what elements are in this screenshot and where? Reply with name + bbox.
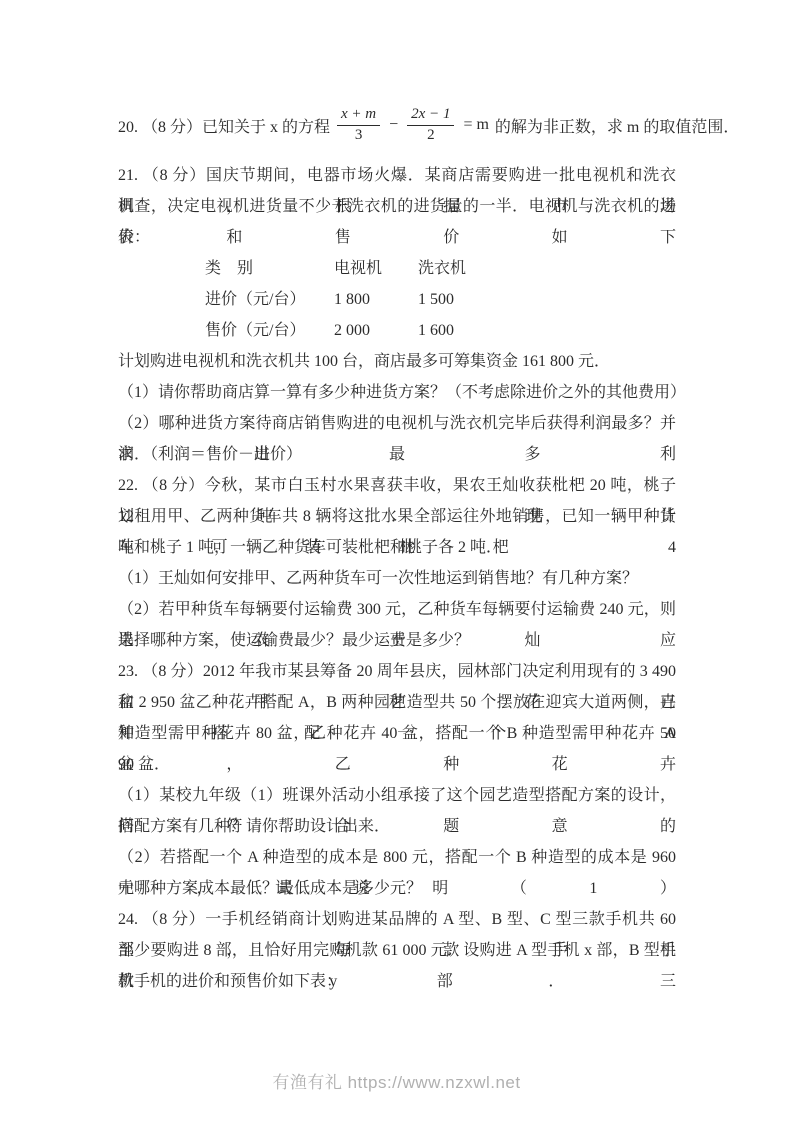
table-cell-purchase-washer: 1 500: [418, 284, 454, 315]
q21-sub1: （1）请你帮助商店算一算有多少种进货方案？（不考虑除进价之外的其他费用）: [118, 377, 676, 408]
q24-line-2: 至少要购进 8 部，且恰好用完购机款 61 000 元．设购进 A 型手机 x …: [118, 935, 676, 966]
fraction-1: x + m 3: [337, 106, 380, 144]
q23-line-3: 种造型需甲种花卉 80 盆，乙种花卉 40 盆，搭配一个 B 种造型需甲种花卉 …: [118, 718, 676, 749]
price-table: 类 别 电视机 洗衣机 进价（元/台） 1 800 1 500 售价（元/台） …: [205, 253, 676, 346]
q21-sub2-line-1: （2）哪种进货方案待商店销售购进的电视机与洗衣机完毕后获得利润最多？并求出最多利: [118, 408, 676, 439]
q23-sub1-line-1: （1）某校九年级（1）班课外活动小组承接了这个园艺造型搭配方案的设计，问符合题意…: [118, 780, 676, 811]
table-cell-category: 类 别: [205, 253, 330, 284]
table-cell-sale-label: 售价（元/台）: [205, 315, 330, 346]
q20-suffix: 的解为非正数，求 m 的取值范围．: [495, 114, 739, 137]
table-header-row: 类 别 电视机 洗衣机: [205, 253, 676, 284]
fraction-1-denominator: 3: [337, 126, 380, 144]
fraction-1-numerator: x + m: [337, 106, 380, 125]
q21-plan-line: 计划购进电视机和洗衣机共 100 台，商店最多可筹集资金 161 800 元．: [118, 346, 676, 377]
table-cell-washer: 洗衣机: [418, 253, 466, 284]
watermark-footer: 有渔有礼 https://www.nzxwl.net: [0, 1068, 793, 1093]
q22-line-1: 22. （8 分）今秋，某市白玉村水果喜获丰收，果农王灿收获枇杷 20 吨，桃子…: [118, 470, 676, 501]
q22-sub1: （1）王灿如何安排甲、乙两种货车可一次性地运到销售地？有几种方案？: [118, 563, 676, 594]
q22-sub2-line-1: （2）若甲种货车每辆要付运输费 300 元，乙种货车每辆要付运输费 240 元，…: [118, 594, 676, 625]
q22-line-2: 划租用甲、乙两种货车共 8 辆将这批水果全部运往外地销售，已知一辆甲种货车可装枇…: [118, 501, 676, 532]
exam-content: 20. （8 分）已知关于 x 的方程 x + m 3 − 2x − 1 2 =…: [118, 103, 676, 997]
q23-line-2: 和 2 950 盆乙种花卉搭配 A，B 两种园艺造型共 50 个摆放在迎宾大道两…: [118, 687, 676, 718]
exam-page: 20. （8 分）已知关于 x 的方程 x + m 3 − 2x − 1 2 =…: [0, 0, 793, 1122]
q23-line-1: 23. （8 分）2012 年我市某县筹备 20 周年县庆，园林部门决定利用现有…: [118, 656, 676, 687]
equals-m: = m: [463, 116, 488, 134]
table-cell-sale-tv: 2 000: [334, 315, 414, 346]
table-cell-purchase-label: 进价（元/台）: [205, 284, 330, 315]
q20-prefix: 20. （8 分）已知关于 x 的方程: [118, 114, 330, 137]
question-20: 20. （8 分）已知关于 x 的方程 x + m 3 − 2x − 1 2 =…: [118, 103, 676, 147]
table-cell-sale-washer: 1 600: [418, 315, 454, 346]
q24-line-1: 24. （8 分）一手机经销商计划购进某品牌的 A 型、B 型、C 型三款手机共…: [118, 904, 676, 935]
minus-operator: −: [389, 116, 398, 134]
table-row-sale-price: 售价（元/台） 2 000 1 600: [205, 315, 676, 346]
table-row-purchase-price: 进价（元/台） 1 800 1 500: [205, 284, 676, 315]
watermark-text: 有渔有礼 https://www.nzxwl.net: [272, 1073, 520, 1092]
q21-line-1: 21. （8 分）国庆节期间，电器市场火爆．某商店需要购进一批电视机和洗衣机，根…: [118, 160, 676, 191]
q21-line-2: 调查，决定电视机进货量不少于洗衣机的进货量的一半．电视机与洗衣机的进价和售价如下: [118, 191, 676, 222]
table-cell-tv: 电视机: [334, 253, 414, 284]
fraction-2: 2x − 1 2: [407, 106, 454, 144]
fraction-2-denominator: 2: [407, 126, 454, 144]
table-cell-purchase-tv: 1 800: [334, 284, 414, 315]
q23-sub2-line-1: （2）若搭配一个 A 种造型的成本是 800 元，搭配一个 B 种造型的成本是 …: [118, 842, 676, 873]
fraction-2-numerator: 2x − 1: [407, 106, 454, 125]
